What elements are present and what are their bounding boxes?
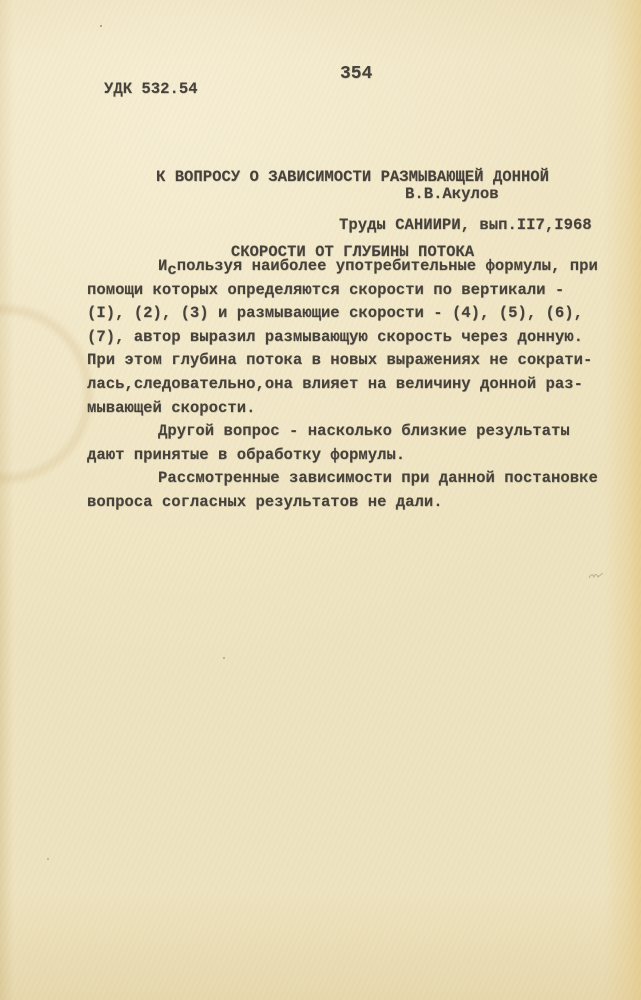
stain-mark — [0, 305, 93, 483]
ink-speck — [100, 25, 102, 27]
dropped-letter: с — [167, 259, 176, 283]
udk-code: УДК 532.54 — [104, 80, 198, 98]
body-text: Используя наиболее употребительные форму… — [87, 255, 605, 515]
line-text: пользуя наиболее употребительные формулы… — [177, 257, 598, 275]
body-line: При этом глубина потока в новых выражени… — [87, 349, 605, 373]
author-name: В.В.Акулов — [405, 185, 499, 203]
body-line: Рассмотренные зависимости при данной пос… — [87, 467, 605, 491]
ink-speck — [223, 657, 225, 659]
body-line: Используя наиболее употребительные форму… — [87, 255, 605, 279]
body-line: вопроса согласных результатов не дали. — [87, 491, 605, 515]
body-line: помощи которых определяются скорости по … — [87, 279, 605, 303]
pencil-mark — [588, 570, 606, 582]
body-line: дают принятые в обработку формулы. — [87, 444, 605, 468]
body-line: Другой вопрос - насколько близкие резуль… — [87, 420, 605, 444]
title-line-1: К ВОПРОСУ О ЗАВИСИМОСТИ РАЗМЫВАЮЩЕЙ ДОНН… — [64, 165, 641, 190]
ink-speck — [47, 858, 49, 860]
body-line: лась,следовательно,она влияет на величин… — [87, 373, 605, 397]
page-number: 354 — [340, 64, 372, 84]
source-reference: Труды САНИИРИ, вып.II7,I968 — [339, 216, 592, 234]
document-page: 354 УДК 532.54 К ВОПРОСУ О ЗАВИСИМОСТИ Р… — [0, 0, 641, 1000]
line-text: И — [158, 257, 167, 275]
body-line: мывающей скорости. — [87, 397, 605, 421]
body-line: (I), (2), (3) и размывающие скорости - (… — [87, 302, 605, 326]
body-line: (7), автор выразил размывающую скорость … — [87, 326, 605, 350]
